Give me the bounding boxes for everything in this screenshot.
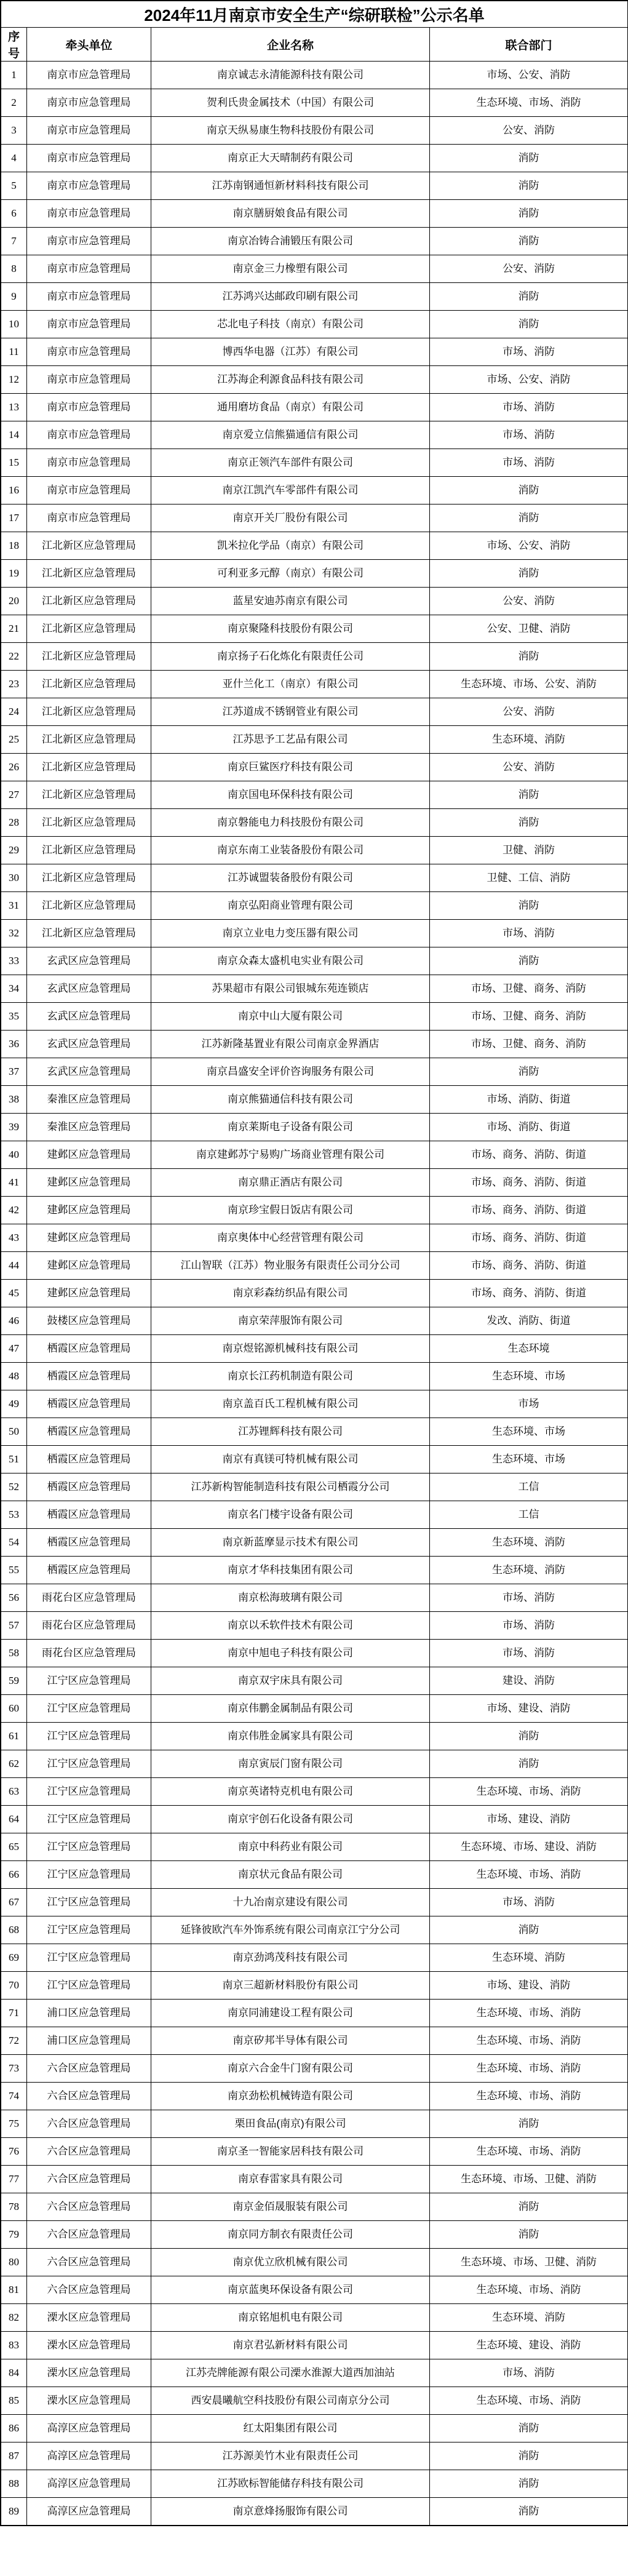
table-row: 63江宁区应急管理局南京英诸特克机电有限公司生态环境、市场、消防 [1, 1778, 628, 1806]
cell-departments: 市场、消防 [430, 449, 628, 477]
cell-departments: 生态环境、市场 [430, 1418, 628, 1446]
table-row: 21江北新区应急管理局南京聚隆科技股份有限公司公安、卫健、消防 [1, 615, 628, 643]
cell-index: 32 [1, 920, 27, 947]
table-row: 55栖霞区应急管理局南京才华科技集团有限公司生态环境、消防 [1, 1557, 628, 1584]
cell-departments: 生态环境、市场、消防 [430, 2276, 628, 2304]
table-row: 2南京市应急管理局贺利氏贵金属技术（中国）有限公司生态环境、市场、消防 [1, 89, 628, 117]
cell-departments: 生态环境、消防 [430, 1529, 628, 1557]
cell-departments: 市场、商务、消防、街道 [430, 1224, 628, 1252]
cell-departments: 公安、消防 [430, 588, 628, 615]
cell-index: 59 [1, 1667, 27, 1695]
cell-departments: 消防 [430, 1916, 628, 1944]
cell-departments: 消防 [430, 2110, 628, 2138]
cell-departments: 发改、消防、街道 [430, 1307, 628, 1335]
cell-lead-unit: 江北新区应急管理局 [27, 726, 151, 754]
cell-departments: 生态环境、市场、卫健、消防 [430, 2166, 628, 2193]
cell-index: 9 [1, 283, 27, 311]
cell-company: 南京国电环保科技有限公司 [151, 781, 430, 809]
cell-departments: 市场、卫健、商务、消防 [430, 1031, 628, 1058]
cell-index: 41 [1, 1169, 27, 1197]
cell-lead-unit: 江北新区应急管理局 [27, 560, 151, 588]
table-row: 84溧水区应急管理局江苏壳牌能源有限公司溧水淮源大道西加油站市场、消防 [1, 2359, 628, 2387]
cell-departments: 生态环境、市场、消防 [430, 2138, 628, 2166]
cell-company: 南京劲松机械铸造有限公司 [151, 2083, 430, 2110]
cell-departments: 工信 [430, 1501, 628, 1529]
cell-index: 4 [1, 145, 27, 172]
cell-index: 81 [1, 2276, 27, 2304]
cell-departments: 生态环境、市场、消防 [430, 2387, 628, 2415]
cell-index: 47 [1, 1335, 27, 1363]
cell-departments: 消防 [430, 2193, 628, 2221]
cell-index: 89 [1, 2498, 27, 2526]
table-row: 20江北新区应急管理局蓝星安迪苏南京有限公司公安、消防 [1, 588, 628, 615]
cell-lead-unit: 江宁区应急管理局 [27, 1778, 151, 1806]
cell-company: 南京英诸特克机电有限公司 [151, 1778, 430, 1806]
table-row: 76六合区应急管理局南京圣一智能家居科技有限公司生态环境、市场、消防 [1, 2138, 628, 2166]
cell-company: 江苏诚盟装备股份有限公司 [151, 864, 430, 892]
table-body: 1南京市应急管理局南京诚志永清能源科技有限公司市场、公安、消防2南京市应急管理局… [1, 62, 628, 2526]
cell-lead-unit: 江北新区应急管理局 [27, 532, 151, 560]
cell-index: 86 [1, 2415, 27, 2442]
cell-index: 7 [1, 228, 27, 255]
cell-company: 江苏海企利源食品科技有限公司 [151, 366, 430, 394]
cell-lead-unit: 雨花台区应急管理局 [27, 1612, 151, 1640]
cell-company: 江苏源美竹木业有限责任公司 [151, 2442, 430, 2470]
cell-departments: 市场、卫健、商务、消防 [430, 975, 628, 1003]
cell-index: 46 [1, 1307, 27, 1335]
cell-company: 江苏思予工艺品有限公司 [151, 726, 430, 754]
cell-company: 南京伟胜金属家具有限公司 [151, 1723, 430, 1750]
cell-index: 84 [1, 2359, 27, 2387]
cell-lead-unit: 栖霞区应急管理局 [27, 1363, 151, 1390]
cell-lead-unit: 江北新区应急管理局 [27, 754, 151, 781]
table-row: 69江宁区应急管理局南京劲鸿茂科技有限公司生态环境、消防 [1, 1944, 628, 1972]
cell-lead-unit: 栖霞区应急管理局 [27, 1418, 151, 1446]
cell-index: 29 [1, 837, 27, 864]
table-row: 45建邺区应急管理局南京彩森纺织品有限公司市场、商务、消防、街道 [1, 1280, 628, 1307]
table-row: 12南京市应急管理局江苏海企利源食品科技有限公司市场、公安、消防 [1, 366, 628, 394]
cell-departments: 消防 [430, 283, 628, 311]
cell-departments: 消防 [430, 781, 628, 809]
title-row: 2024年11月南京市安全生产“综研联检”公示名单 [1, 1, 628, 28]
cell-company: 南京开关厂股份有限公司 [151, 504, 430, 532]
cell-lead-unit: 南京市应急管理局 [27, 449, 151, 477]
cell-company: 江苏南钢通恒新材料科技有限公司 [151, 172, 430, 200]
cell-departments: 生态环境、市场、卫健、消防 [430, 2249, 628, 2276]
cell-index: 31 [1, 892, 27, 920]
cell-lead-unit: 玄武区应急管理局 [27, 1003, 151, 1031]
cell-company: 江苏欧标智能储存科技有限公司 [151, 2470, 430, 2498]
table-row: 11南京市应急管理局博西华电器（江苏）有限公司市场、消防 [1, 338, 628, 366]
cell-lead-unit: 高淳区应急管理局 [27, 2415, 151, 2442]
cell-departments: 消防 [430, 172, 628, 200]
cell-departments: 消防 [430, 1058, 628, 1086]
cell-index: 77 [1, 2166, 27, 2193]
cell-company: 凯米拉化学品（南京）有限公司 [151, 532, 430, 560]
cell-company: 南京宇创石化设备有限公司 [151, 1806, 430, 1833]
table-row: 44建邺区应急管理局江山智联（江苏）物业服务有限责任公司分公司市场、商务、消防、… [1, 1252, 628, 1280]
cell-company: 南京巨鲨医疗科技有限公司 [151, 754, 430, 781]
cell-lead-unit: 南京市应急管理局 [27, 394, 151, 421]
table-row: 25江北新区应急管理局江苏思予工艺品有限公司生态环境、消防 [1, 726, 628, 754]
cell-departments: 生态环境、消防 [430, 1557, 628, 1584]
cell-company: 南京立业电力变压器有限公司 [151, 920, 430, 947]
cell-company: 博西华电器（江苏）有限公司 [151, 338, 430, 366]
cell-company: 南京中科药业有限公司 [151, 1833, 430, 1861]
column-header-company: 企业名称 [151, 28, 430, 62]
cell-index: 71 [1, 2000, 27, 2027]
cell-index: 44 [1, 1252, 27, 1280]
table-row: 80六合区应急管理局南京优立欣机械有限公司生态环境、市场、卫健、消防 [1, 2249, 628, 2276]
cell-departments: 公安、消防 [430, 255, 628, 283]
table-row: 42建邺区应急管理局南京珍宝假日饭店有限公司市场、商务、消防、街道 [1, 1197, 628, 1224]
table-row: 66江宁区应急管理局南京状元食品有限公司生态环境、市场、消防 [1, 1861, 628, 1889]
cell-lead-unit: 雨花台区应急管理局 [27, 1584, 151, 1612]
cell-departments: 市场、消防 [430, 1889, 628, 1916]
cell-index: 30 [1, 864, 27, 892]
cell-departments: 市场、消防 [430, 394, 628, 421]
cell-departments: 消防 [430, 2498, 628, 2526]
table-row: 30江北新区应急管理局江苏诚盟装备股份有限公司卫健、工信、消防 [1, 864, 628, 892]
cell-departments: 消防 [430, 892, 628, 920]
cell-company: 南京煜铭源机械科技有限公司 [151, 1335, 430, 1363]
cell-lead-unit: 江宁区应急管理局 [27, 1695, 151, 1723]
cell-lead-unit: 南京市应急管理局 [27, 338, 151, 366]
cell-company: 南京名门楼宇设备有限公司 [151, 1501, 430, 1529]
notice-table: 2024年11月南京市安全生产“综研联检”公示名单 序号 牵头单位 企业名称 联… [1, 1, 628, 2526]
cell-company: 南京圣一智能家居科技有限公司 [151, 2138, 430, 2166]
cell-lead-unit: 浦口区应急管理局 [27, 2000, 151, 2027]
cell-company: 西安晨曦航空科技股份有限公司南京分公司 [151, 2387, 430, 2415]
cell-lead-unit: 南京市应急管理局 [27, 145, 151, 172]
cell-lead-unit: 秦淮区应急管理局 [27, 1086, 151, 1114]
cell-lead-unit: 江北新区应急管理局 [27, 809, 151, 837]
cell-lead-unit: 六合区应急管理局 [27, 2055, 151, 2083]
cell-lead-unit: 栖霞区应急管理局 [27, 1446, 151, 1473]
cell-company: 江苏锂辉科技有限公司 [151, 1418, 430, 1446]
cell-company: 南京正领汽车部件有限公司 [151, 449, 430, 477]
cell-lead-unit: 江北新区应急管理局 [27, 643, 151, 671]
cell-lead-unit: 栖霞区应急管理局 [27, 1557, 151, 1584]
cell-company: 南京冶铸合浦锻压有限公司 [151, 228, 430, 255]
cell-company: 南京天纵易康生物科技股份有限公司 [151, 117, 430, 145]
table-row: 40建邺区应急管理局南京建邺苏宁易购广场商业管理有限公司市场、商务、消防、街道 [1, 1141, 628, 1169]
table-row: 50栖霞区应急管理局江苏锂辉科技有限公司生态环境、市场 [1, 1418, 628, 1446]
table-row: 46鼓楼区应急管理局南京荣萍服饰有限公司发改、消防、街道 [1, 1307, 628, 1335]
cell-departments: 市场、消防、街道 [430, 1114, 628, 1141]
cell-lead-unit: 建邺区应急管理局 [27, 1224, 151, 1252]
table-row: 17南京市应急管理局南京开关厂股份有限公司消防 [1, 504, 628, 532]
table-row: 26江北新区应急管理局南京巨鲨医疗科技有限公司公安、消防 [1, 754, 628, 781]
cell-lead-unit: 南京市应急管理局 [27, 311, 151, 338]
cell-company: 南京才华科技集团有限公司 [151, 1557, 430, 1584]
cell-index: 8 [1, 255, 27, 283]
cell-lead-unit: 建邺区应急管理局 [27, 1252, 151, 1280]
cell-departments: 市场、公安、消防 [430, 366, 628, 394]
cell-lead-unit: 栖霞区应急管理局 [27, 1501, 151, 1529]
cell-index: 75 [1, 2110, 27, 2138]
cell-lead-unit: 雨花台区应急管理局 [27, 1640, 151, 1667]
cell-index: 85 [1, 2387, 27, 2415]
table-row: 78六合区应急管理局南京金佰晟服装有限公司消防 [1, 2193, 628, 2221]
cell-index: 68 [1, 1916, 27, 1944]
cell-index: 35 [1, 1003, 27, 1031]
table-row: 15南京市应急管理局南京正领汽车部件有限公司市场、消防 [1, 449, 628, 477]
cell-index: 79 [1, 2221, 27, 2249]
cell-index: 10 [1, 311, 27, 338]
column-header-departments: 联合部门 [430, 28, 628, 62]
table-row: 37玄武区应急管理局南京昌盛安全评价咨询服务有限公司消防 [1, 1058, 628, 1086]
cell-index: 42 [1, 1197, 27, 1224]
cell-index: 49 [1, 1390, 27, 1418]
cell-company: 南京聚隆科技股份有限公司 [151, 615, 430, 643]
cell-index: 26 [1, 754, 27, 781]
cell-company: 南京以禾软件技术有限公司 [151, 1612, 430, 1640]
cell-company: 南京伟鹏金属制品有限公司 [151, 1695, 430, 1723]
cell-lead-unit: 玄武区应急管理局 [27, 947, 151, 975]
notice-sheet: 2024年11月南京市安全生产“综研联检”公示名单 序号 牵头单位 企业名称 联… [0, 0, 628, 2526]
cell-index: 51 [1, 1446, 27, 1473]
cell-departments: 生态环境、市场、消防 [430, 89, 628, 117]
column-header-lead-unit: 牵头单位 [27, 28, 151, 62]
cell-index: 48 [1, 1363, 27, 1390]
cell-lead-unit: 南京市应急管理局 [27, 504, 151, 532]
cell-lead-unit: 六合区应急管理局 [27, 2138, 151, 2166]
cell-departments: 消防 [430, 2415, 628, 2442]
cell-company: 南京铭旭机电有限公司 [151, 2304, 430, 2332]
cell-index: 64 [1, 1806, 27, 1833]
cell-lead-unit: 南京市应急管理局 [27, 89, 151, 117]
cell-index: 38 [1, 1086, 27, 1114]
cell-departments: 生态环境、市场、消防 [430, 1778, 628, 1806]
cell-index: 40 [1, 1141, 27, 1169]
table-row: 71浦口区应急管理局南京同浦建设工程有限公司生态环境、市场、消防 [1, 2000, 628, 2027]
cell-lead-unit: 南京市应急管理局 [27, 228, 151, 255]
table-row: 10南京市应急管理局芯北电子科技（南京）有限公司消防 [1, 311, 628, 338]
cell-index: 45 [1, 1280, 27, 1307]
cell-departments: 公安、消防 [430, 754, 628, 781]
cell-lead-unit: 六合区应急管理局 [27, 2249, 151, 2276]
cell-index: 24 [1, 698, 27, 726]
cell-lead-unit: 江北新区应急管理局 [27, 837, 151, 864]
cell-company: 江苏道成不锈钢管业有限公司 [151, 698, 430, 726]
table-row: 27江北新区应急管理局南京国电环保科技有限公司消防 [1, 781, 628, 809]
cell-company: 南京奥体中心经营管理有限公司 [151, 1224, 430, 1252]
cell-index: 53 [1, 1501, 27, 1529]
page-title: 2024年11月南京市安全生产“综研联检”公示名单 [1, 1, 628, 28]
cell-departments: 公安、消防 [430, 698, 628, 726]
cell-lead-unit: 南京市应急管理局 [27, 200, 151, 228]
table-row: 47栖霞区应急管理局南京煜铭源机械科技有限公司生态环境 [1, 1335, 628, 1363]
cell-lead-unit: 江北新区应急管理局 [27, 615, 151, 643]
cell-departments: 工信 [430, 1473, 628, 1501]
header-row: 序号 牵头单位 企业名称 联合部门 [1, 28, 628, 62]
cell-index: 61 [1, 1723, 27, 1750]
table-row: 49栖霞区应急管理局南京盖百氏工程机械有限公司市场 [1, 1390, 628, 1418]
cell-lead-unit: 江北新区应急管理局 [27, 671, 151, 698]
cell-departments: 市场、消防 [430, 920, 628, 947]
table-row: 89高淳区应急管理局南京意烽扬服饰有限公司消防 [1, 2498, 628, 2526]
cell-company: 栗田食品(南京)有限公司 [151, 2110, 430, 2138]
table-row: 56雨花台区应急管理局南京松海玻璃有限公司市场、消防 [1, 1584, 628, 1612]
cell-index: 6 [1, 200, 27, 228]
cell-index: 2 [1, 89, 27, 117]
table-row: 73六合区应急管理局南京六合金牛门窗有限公司生态环境、市场、消防 [1, 2055, 628, 2083]
table-row: 52栖霞区应急管理局江苏新构智能制造科技有限公司栖霞分公司工信 [1, 1473, 628, 1501]
cell-company: 南京昌盛安全评价咨询服务有限公司 [151, 1058, 430, 1086]
cell-index: 13 [1, 394, 27, 421]
cell-company: 南京正大天晴制药有限公司 [151, 145, 430, 172]
table-row: 19江北新区应急管理局可利亚多元醇（南京）有限公司消防 [1, 560, 628, 588]
cell-lead-unit: 江宁区应急管理局 [27, 1972, 151, 2000]
cell-lead-unit: 溧水区应急管理局 [27, 2304, 151, 2332]
cell-company: 南京众森太盛机电实业有限公司 [151, 947, 430, 975]
table-row: 75六合区应急管理局栗田食品(南京)有限公司消防 [1, 2110, 628, 2138]
table-row: 74六合区应急管理局南京劲松机械铸造有限公司生态环境、市场、消防 [1, 2083, 628, 2110]
table-row: 24江北新区应急管理局江苏道成不锈钢管业有限公司公安、消防 [1, 698, 628, 726]
cell-lead-unit: 江北新区应急管理局 [27, 864, 151, 892]
cell-departments: 消防 [430, 2221, 628, 2249]
cell-index: 70 [1, 1972, 27, 2000]
table-row: 85溧水区应急管理局西安晨曦航空科技股份有限公司南京分公司生态环境、市场、消防 [1, 2387, 628, 2415]
cell-departments: 市场、公安、消防 [430, 532, 628, 560]
cell-lead-unit: 建邺区应急管理局 [27, 1141, 151, 1169]
cell-index: 55 [1, 1557, 27, 1584]
cell-index: 1 [1, 62, 27, 89]
table-row: 70江宁区应急管理局南京三超新材料股份有限公司市场、建设、消防 [1, 1972, 628, 2000]
cell-company: 南京优立欣机械有限公司 [151, 2249, 430, 2276]
cell-departments: 消防 [430, 477, 628, 504]
cell-lead-unit: 六合区应急管理局 [27, 2166, 151, 2193]
table-row: 87高淳区应急管理局江苏源美竹木业有限责任公司消防 [1, 2442, 628, 2470]
cell-departments: 市场、消防 [430, 1584, 628, 1612]
table-row: 13南京市应急管理局通用磨坊食品（南京）有限公司市场、消防 [1, 394, 628, 421]
cell-lead-unit: 南京市应急管理局 [27, 255, 151, 283]
cell-company: 南京春雷家具有限公司 [151, 2166, 430, 2193]
table-row: 68江宁区应急管理局延锋彼欧汽车外饰系统有限公司南京江宁分公司消防 [1, 1916, 628, 1944]
cell-lead-unit: 高淳区应急管理局 [27, 2442, 151, 2470]
cell-lead-unit: 江北新区应急管理局 [27, 588, 151, 615]
cell-lead-unit: 六合区应急管理局 [27, 2083, 151, 2110]
table-row: 16南京市应急管理局南京江凯汽车零部件有限公司消防 [1, 477, 628, 504]
cell-lead-unit: 六合区应急管理局 [27, 2276, 151, 2304]
cell-lead-unit: 江宁区应急管理局 [27, 1916, 151, 1944]
cell-departments: 市场、消防 [430, 2359, 628, 2387]
cell-lead-unit: 溧水区应急管理局 [27, 2332, 151, 2359]
cell-lead-unit: 江宁区应急管理局 [27, 1861, 151, 1889]
cell-company: 南京意烽扬服饰有限公司 [151, 2498, 430, 2526]
cell-company: 南京荣萍服饰有限公司 [151, 1307, 430, 1335]
table-row: 62江宁区应急管理局南京寅辰门窗有限公司消防 [1, 1750, 628, 1778]
cell-index: 63 [1, 1778, 27, 1806]
cell-company: 南京弘阳商业管理有限公司 [151, 892, 430, 920]
table-row: 51栖霞区应急管理局南京有真镁可特机械有限公司生态环境、市场 [1, 1446, 628, 1473]
table-row: 3南京市应急管理局南京天纵易康生物科技股份有限公司公安、消防 [1, 117, 628, 145]
cell-departments: 建设、消防 [430, 1667, 628, 1695]
cell-index: 3 [1, 117, 27, 145]
cell-company: 南京松海玻璃有限公司 [151, 1584, 430, 1612]
cell-company: 亚什兰化工（南京）有限公司 [151, 671, 430, 698]
cell-lead-unit: 高淳区应急管理局 [27, 2498, 151, 2526]
cell-company: 南京金三力橡塑有限公司 [151, 255, 430, 283]
table-row: 23江北新区应急管理局亚什兰化工（南京）有限公司生态环境、市场、公安、消防 [1, 671, 628, 698]
cell-lead-unit: 玄武区应急管理局 [27, 975, 151, 1003]
cell-departments: 消防 [430, 643, 628, 671]
cell-index: 34 [1, 975, 27, 1003]
cell-departments: 生态环境、市场、消防 [430, 2000, 628, 2027]
table-row: 5南京市应急管理局江苏南钢通恒新材料科技有限公司消防 [1, 172, 628, 200]
cell-lead-unit: 建邺区应急管理局 [27, 1169, 151, 1197]
cell-index: 54 [1, 1529, 27, 1557]
cell-company: 江苏新构智能制造科技有限公司栖霞分公司 [151, 1473, 430, 1501]
cell-lead-unit: 溧水区应急管理局 [27, 2359, 151, 2387]
cell-departments: 生态环境、建设、消防 [430, 2332, 628, 2359]
cell-lead-unit: 南京市应急管理局 [27, 172, 151, 200]
cell-company: 南京磐能电力科技股份有限公司 [151, 809, 430, 837]
cell-company: 南京长江药机制造有限公司 [151, 1363, 430, 1390]
cell-lead-unit: 栖霞区应急管理局 [27, 1335, 151, 1363]
cell-departments: 市场、商务、消防、街道 [430, 1141, 628, 1169]
cell-departments: 生态环境、消防 [430, 2304, 628, 2332]
table-row: 48栖霞区应急管理局南京长江药机制造有限公司生态环境、市场 [1, 1363, 628, 1390]
cell-company: 江苏新隆基置业有限公司南京金界酒店 [151, 1031, 430, 1058]
table-row: 43建邺区应急管理局南京奥体中心经营管理有限公司市场、商务、消防、街道 [1, 1224, 628, 1252]
cell-index: 5 [1, 172, 27, 200]
cell-departments: 生态环境、市场、消防 [430, 1861, 628, 1889]
table-row: 60江宁区应急管理局南京伟鹏金属制品有限公司市场、建设、消防 [1, 1695, 628, 1723]
cell-index: 76 [1, 2138, 27, 2166]
cell-index: 17 [1, 504, 27, 532]
cell-departments: 消防 [430, 947, 628, 975]
column-header-index: 序号 [1, 28, 27, 62]
table-row: 29江北新区应急管理局南京东南工业装备股份有限公司卫健、消防 [1, 837, 628, 864]
cell-index: 15 [1, 449, 27, 477]
cell-index: 33 [1, 947, 27, 975]
cell-departments: 市场、消防 [430, 1640, 628, 1667]
cell-departments: 市场 [430, 1390, 628, 1418]
cell-index: 39 [1, 1114, 27, 1141]
cell-departments: 市场、商务、消防、街道 [430, 1252, 628, 1280]
table-row: 14南京市应急管理局南京爱立信熊猫通信有限公司市场、消防 [1, 421, 628, 449]
cell-company: 南京建邺苏宁易购广场商业管理有限公司 [151, 1141, 430, 1169]
table-row: 18江北新区应急管理局凯米拉化学品（南京）有限公司市场、公安、消防 [1, 532, 628, 560]
cell-departments: 生态环境、市场、消防 [430, 2027, 628, 2055]
table-row: 65江宁区应急管理局南京中科药业有限公司生态环境、市场、建设、消防 [1, 1833, 628, 1861]
cell-lead-unit: 六合区应急管理局 [27, 2193, 151, 2221]
cell-lead-unit: 南京市应急管理局 [27, 62, 151, 89]
cell-index: 20 [1, 588, 27, 615]
cell-index: 23 [1, 671, 27, 698]
cell-lead-unit: 江宁区应急管理局 [27, 1833, 151, 1861]
table-row: 4南京市应急管理局南京正大天晴制药有限公司消防 [1, 145, 628, 172]
cell-departments: 生态环境、市场 [430, 1363, 628, 1390]
cell-company: 江苏鸿兴达邮政印刷有限公司 [151, 283, 430, 311]
cell-company: 南京寅辰门窗有限公司 [151, 1750, 430, 1778]
cell-departments: 市场、建设、消防 [430, 1695, 628, 1723]
cell-company: 南京同方制衣有限责任公司 [151, 2221, 430, 2249]
table-row: 8南京市应急管理局南京金三力橡塑有限公司公安、消防 [1, 255, 628, 283]
cell-company: 延锋彼欧汽车外饰系统有限公司南京江宁分公司 [151, 1916, 430, 1944]
cell-lead-unit: 江宁区应急管理局 [27, 1723, 151, 1750]
cell-departments: 市场、消防、街道 [430, 1086, 628, 1114]
table-row: 36玄武区应急管理局江苏新隆基置业有限公司南京金界酒店市场、卫健、商务、消防 [1, 1031, 628, 1058]
table-row: 79六合区应急管理局南京同方制衣有限责任公司消防 [1, 2221, 628, 2249]
cell-lead-unit: 浦口区应急管理局 [27, 2027, 151, 2055]
cell-lead-unit: 建邺区应急管理局 [27, 1280, 151, 1307]
cell-index: 74 [1, 2083, 27, 2110]
cell-lead-unit: 江宁区应急管理局 [27, 1667, 151, 1695]
cell-company: 南京君弘新材料有限公司 [151, 2332, 430, 2359]
